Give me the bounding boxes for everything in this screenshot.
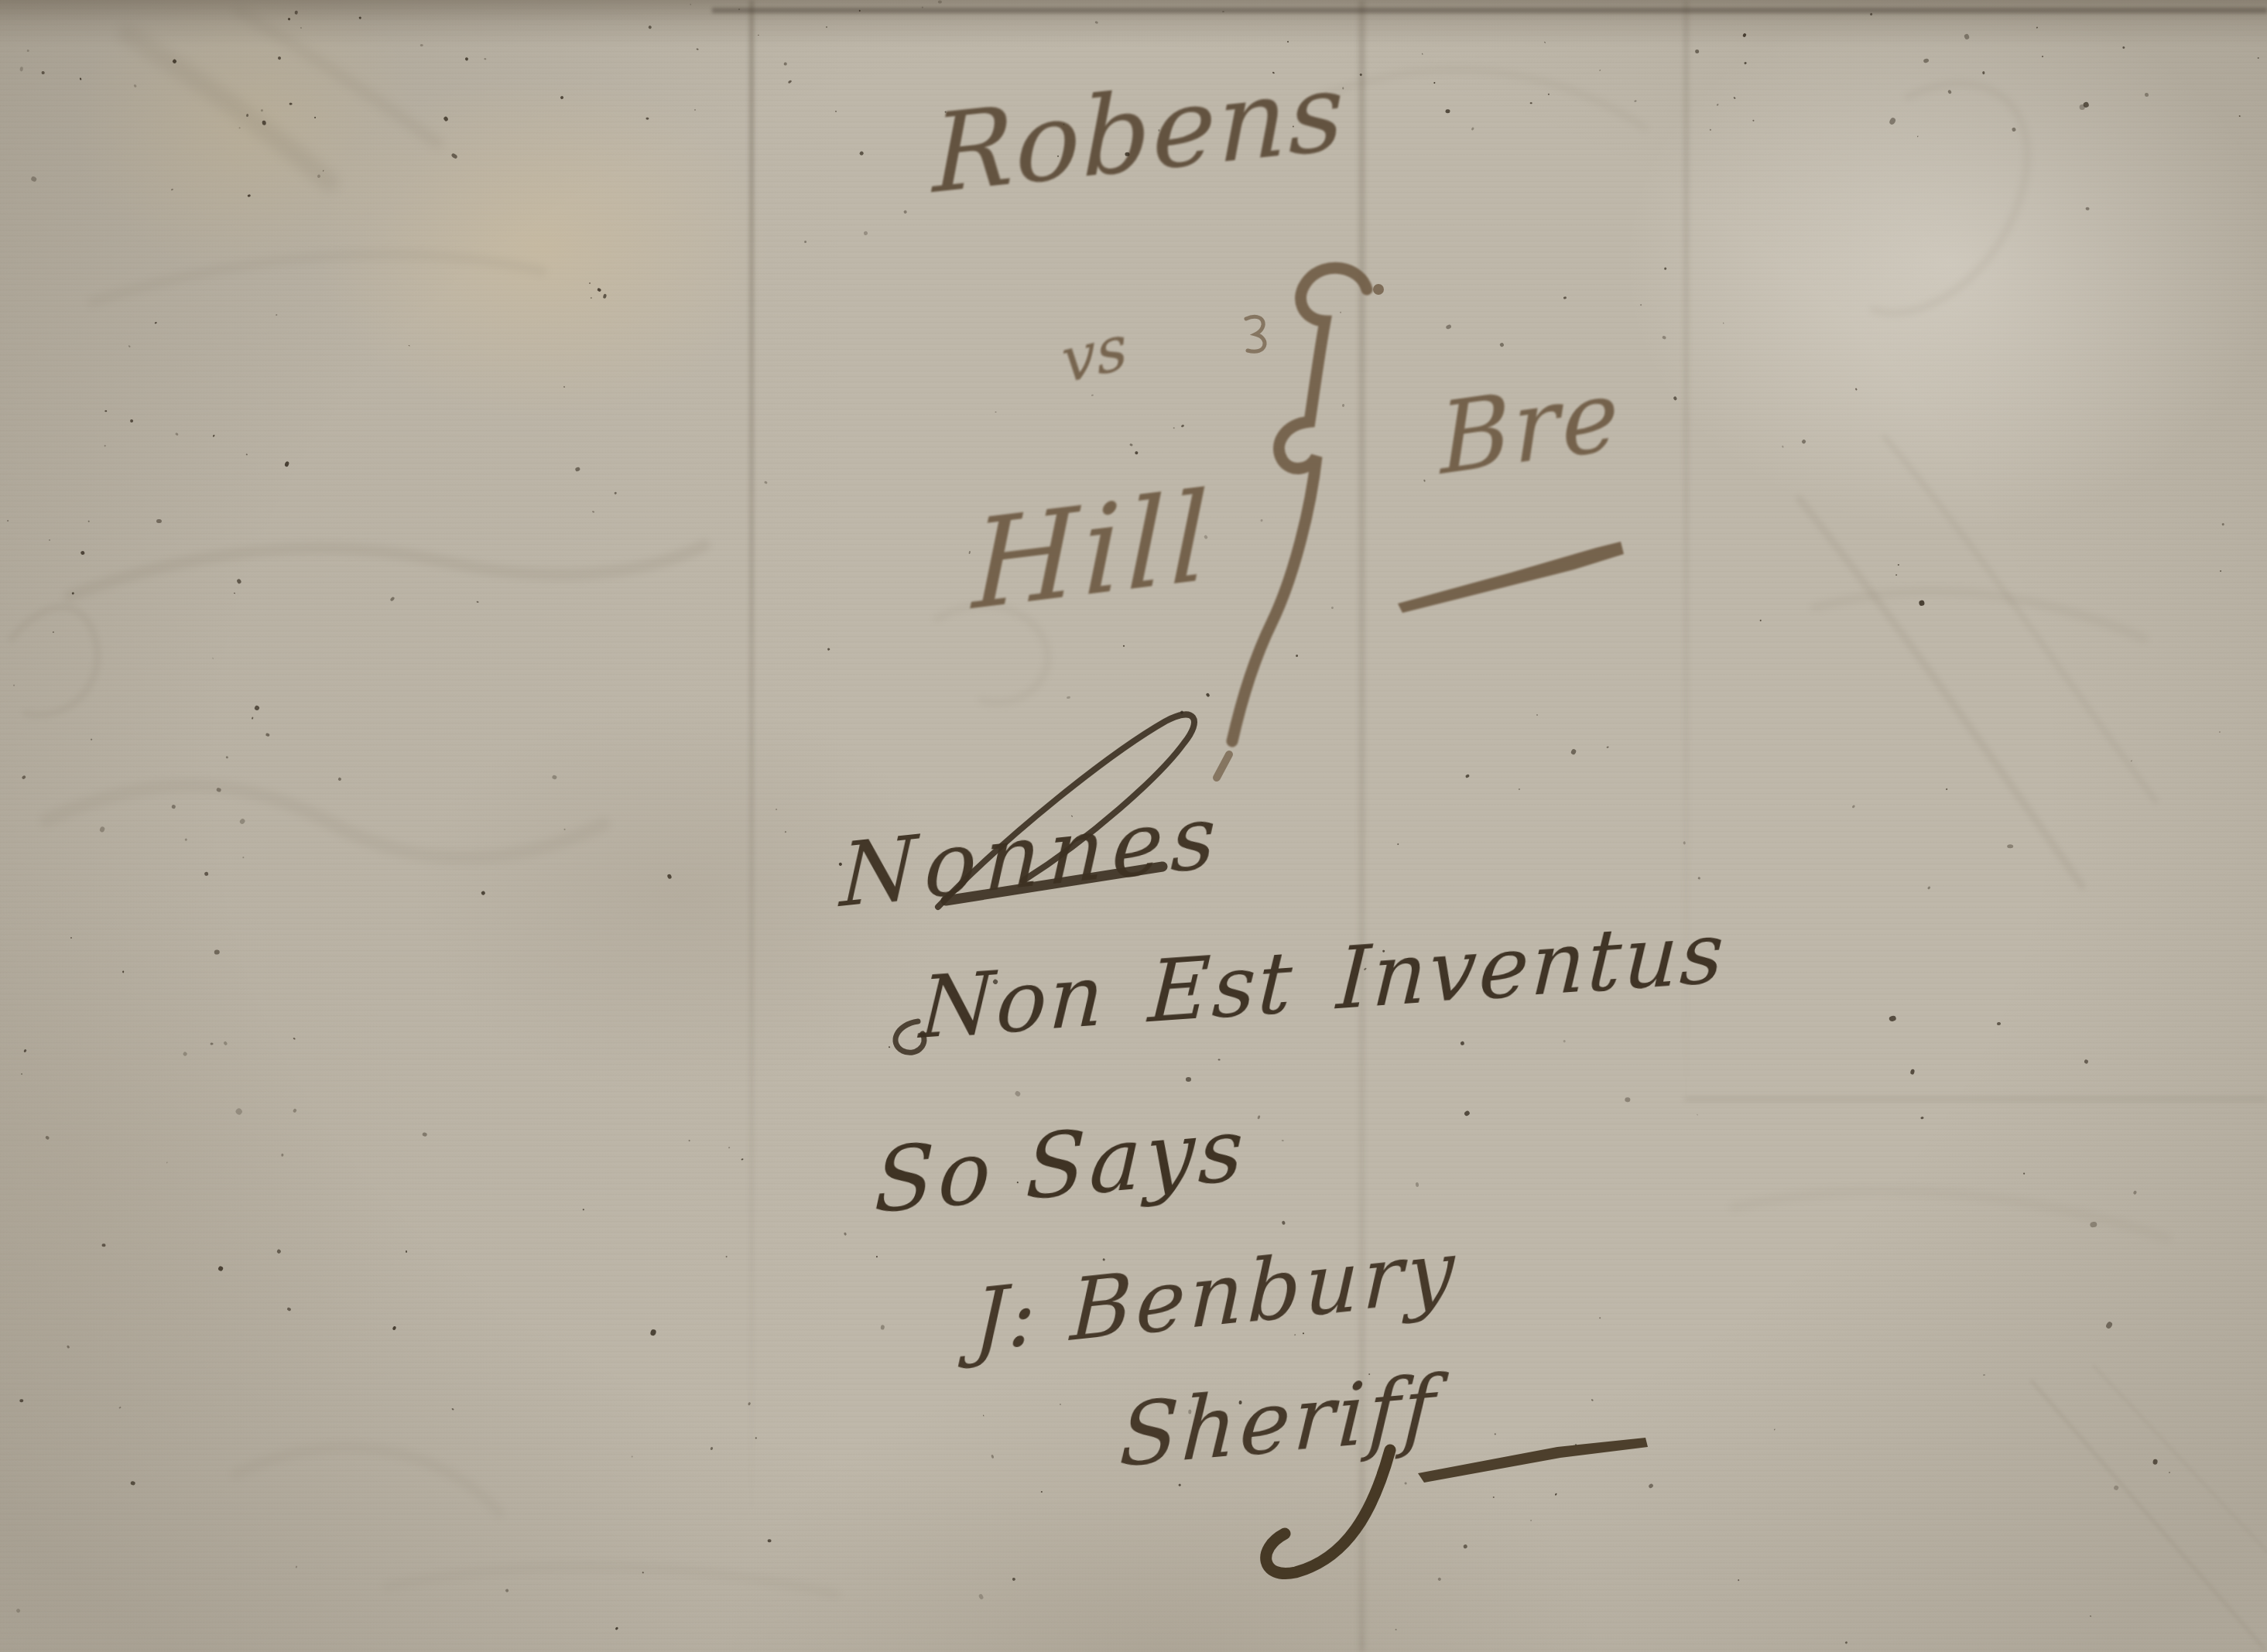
ink-speck (122, 971, 125, 973)
ink-speck (1923, 58, 1929, 63)
ghost-stroke (236, 1448, 499, 1513)
ink-speck (317, 174, 321, 179)
ink-speck (293, 1038, 295, 1040)
ink-speck (1342, 404, 1345, 407)
ink-speck (21, 1073, 22, 1075)
so-says-line: So Says (873, 1105, 1248, 1226)
ink-speck (88, 521, 90, 522)
ink-speck (22, 775, 26, 779)
ghost-stroke (46, 785, 604, 857)
ink-speck (1889, 117, 1896, 125)
ink-speck (1895, 574, 1898, 576)
ink-speck (995, 412, 997, 412)
ghost-stroke (240, 12, 437, 143)
ink-speck (2079, 104, 2085, 110)
ink-speck (246, 114, 249, 118)
ink-speck (1340, 312, 1341, 313)
ink-speck (1463, 1544, 1467, 1548)
ink-speck (27, 50, 29, 52)
ink-speck (252, 717, 254, 720)
ink-speck (938, 1, 942, 4)
ink-speck (1697, 1114, 1698, 1116)
ink-speck (1927, 886, 1931, 890)
ink-speck (804, 241, 807, 244)
ink-speck (642, 1572, 644, 1574)
ink-speck (1422, 53, 1423, 55)
ink-speck (166, 1162, 168, 1164)
ink-speck (1917, 136, 1919, 138)
top-fold-shadow (0, 0, 2267, 46)
ink-speck (1186, 1077, 1191, 1082)
flourish-ink-dot (1373, 284, 1384, 295)
ink-speck (968, 551, 971, 554)
ink-speck (978, 1593, 985, 1599)
ink-speck (1180, 711, 1183, 714)
ghost-stroke (2094, 1366, 2267, 1551)
ink-speck (130, 1481, 135, 1486)
ink-speck (296, 1566, 298, 1568)
ink-speck (1433, 81, 1435, 84)
ink-speck (1041, 1491, 1043, 1493)
ink-speck (212, 658, 214, 659)
ink-speck (881, 1325, 885, 1330)
ink-speck (1673, 396, 1678, 401)
ink-speck (785, 831, 787, 833)
ink-speck (314, 117, 317, 119)
ink-speck (592, 511, 595, 513)
ink-speck (1397, 843, 1399, 845)
ink-speck (295, 11, 298, 15)
ink-speck (776, 809, 778, 811)
ink-speck (102, 1243, 106, 1247)
ink-speck (2105, 1321, 2114, 1329)
ink-speck (485, 58, 487, 60)
ink-speck (133, 84, 137, 87)
ink-speck (1870, 13, 1873, 15)
ink-speck (91, 739, 92, 740)
ink-speck (991, 1455, 994, 1459)
ink-speck (1465, 775, 1470, 778)
ink-speck (1710, 128, 1712, 131)
ink-speck (392, 1326, 396, 1331)
ink-speck (696, 48, 698, 50)
ink-speck (710, 1447, 713, 1451)
ink-speck (2131, 761, 2132, 762)
ink-speck (1094, 21, 1098, 24)
ink-speck (2122, 46, 2125, 49)
ink-speck (1445, 324, 1452, 330)
ink-speck (889, 1046, 890, 1048)
ink-speck (650, 1329, 656, 1336)
ink-speck (1801, 439, 1806, 444)
ink-speck (1774, 1429, 1776, 1431)
ink-speck (235, 1107, 243, 1116)
ink-speck (183, 1052, 187, 1056)
ink-speck (2113, 1485, 2119, 1491)
ink-speck (45, 1135, 50, 1140)
ink-speck (217, 1266, 224, 1272)
ghost-stroke (387, 1567, 836, 1594)
ink-speck (80, 78, 82, 80)
ink-speck (1570, 748, 1577, 755)
ink-speck (2169, 1472, 2170, 1473)
ink-speck (1091, 395, 1094, 397)
ink-speck (154, 322, 156, 324)
ink-speck (223, 1041, 228, 1046)
ink-speck (1742, 32, 1747, 37)
ink-speck (237, 578, 242, 584)
ink-speck (1173, 427, 1175, 429)
ink-speck (1920, 1117, 1923, 1120)
ink-speck (1889, 1015, 1896, 1022)
ink-speck (210, 1042, 213, 1045)
ghost-stroke (2032, 1381, 2264, 1648)
ink-speck (1851, 805, 1855, 809)
ink-speck (1717, 103, 1719, 105)
ink-speck (323, 170, 324, 172)
ink-speck (238, 127, 241, 129)
ink-speck (1331, 607, 1334, 609)
ink-speck (80, 550, 85, 556)
fold-crease-horizontal (1684, 1097, 2267, 1101)
ink-speck (1405, 1483, 1407, 1485)
ink-speck (276, 314, 277, 316)
ink-speck (667, 874, 672, 879)
ink-speck (477, 601, 479, 604)
ink-speck (1575, 1444, 1577, 1446)
ink-speck (358, 17, 361, 20)
ink-speck (1461, 1041, 1465, 1045)
ghost-stroke (1800, 499, 2082, 886)
ink-speck (1648, 1483, 1654, 1489)
ink-speck (104, 445, 106, 446)
ink-speck (443, 116, 449, 121)
ink-speck (23, 1049, 27, 1053)
ghost-stroke (93, 255, 542, 302)
ink-speck (1983, 1374, 1985, 1376)
ink-speck (1844, 1640, 1848, 1643)
ink-speck (590, 297, 592, 299)
ink-speck (234, 593, 235, 594)
ink-speck (42, 71, 45, 74)
ink-speck (1530, 102, 1532, 104)
ink-speck (409, 345, 410, 347)
ink-speck (451, 1408, 454, 1411)
ink-speck (2090, 1221, 2097, 1228)
ink-speck (2085, 207, 2090, 210)
ink-speck (1282, 1140, 1284, 1142)
ink-speck (71, 592, 74, 595)
ink-speck (844, 1232, 847, 1236)
ink-speck (1134, 450, 1139, 454)
ink-speck (602, 293, 607, 299)
ghost-stroke (1815, 591, 2144, 638)
ink-speck (420, 44, 423, 46)
ink-speck (1495, 1434, 1496, 1435)
sheriff-title-handwriting: Sheriff (1118, 1365, 1440, 1479)
ink-speck (764, 481, 768, 484)
ink-speck (903, 210, 907, 214)
ink-speck (826, 26, 827, 28)
ink-speck (19, 67, 23, 71)
ink-speck (748, 1402, 751, 1406)
ink-speck (575, 467, 580, 472)
ink-speck (1664, 267, 1667, 270)
ink-speck (128, 345, 131, 347)
ink-speck (70, 937, 72, 939)
versus-abbreviation: vs (1059, 315, 1130, 393)
ink-speck (1733, 97, 1736, 100)
ink-speck (300, 27, 302, 29)
ink-speck (1181, 424, 1185, 427)
ink-speck (768, 1539, 772, 1542)
ink-speck (20, 1399, 24, 1402)
ink-speck (1760, 620, 1762, 621)
ink-speck (728, 1147, 730, 1149)
ink-speck (2007, 844, 2013, 848)
ink-speck (49, 539, 50, 541)
ink-speck (1909, 1069, 1915, 1075)
ink-speck (30, 176, 37, 183)
ink-speck (2133, 1190, 2138, 1195)
ink-speck (694, 109, 696, 111)
ink-speck (646, 117, 649, 119)
ink-speck (1287, 41, 1289, 43)
ink-speck (2220, 570, 2222, 573)
ink-speck (1599, 70, 1601, 71)
ink-speck (389, 596, 395, 601)
ink-speck (583, 1209, 584, 1210)
ink-speck (1625, 1097, 1631, 1102)
ink-speck (827, 648, 830, 651)
bre-underline-stroke (1398, 542, 1624, 613)
ink-speck (1530, 1520, 1532, 1522)
ink-speck (1499, 342, 1505, 348)
ink-speck (1519, 788, 1521, 790)
ink-speck (690, 4, 690, 5)
struck-out-word: Nonnes (839, 792, 1225, 920)
ink-speck (2042, 56, 2043, 58)
ghost-stroke (12, 607, 98, 715)
ink-speck (614, 492, 617, 495)
ink-speck (1683, 841, 1685, 844)
ink-speck (2011, 127, 2016, 132)
ink-speck (2152, 1459, 2158, 1465)
ink-speck (1563, 1040, 1566, 1043)
ink-speck (1544, 42, 1546, 43)
ink-speck (226, 756, 229, 758)
top-fold-line (712, 8, 2267, 13)
ink-speck (212, 435, 214, 437)
writ-abbreviation: Bre (1438, 365, 1623, 489)
ink-speck (130, 419, 134, 423)
ink-speck (175, 433, 179, 436)
ink-speck (2219, 731, 2221, 734)
ink-speck (648, 25, 652, 29)
ink-speck (2023, 1173, 2025, 1175)
ink-speck (726, 1256, 728, 1257)
ink-speck (632, 1456, 633, 1458)
ink-speck (1635, 101, 1637, 102)
plaintiff-handwriting: Robens (933, 57, 1345, 210)
ink-speck (1206, 693, 1211, 697)
ink-speck (1697, 877, 1700, 880)
ink-speck (1296, 655, 1298, 657)
document-photo: Robens vs Hill Bre Nonnes Non Est Invent… (0, 0, 2267, 1652)
ink-speck (1129, 443, 1133, 446)
ink-speck (2239, 115, 2241, 117)
ink-speck (1982, 71, 1984, 74)
ink-speck (286, 1307, 291, 1311)
ink-speck (422, 1132, 427, 1137)
ink-speck (1123, 645, 1125, 647)
ghost-stroke (1734, 1191, 2167, 1238)
fold-crease-left (749, 0, 754, 1517)
judgment-flourish-stroke (1232, 268, 1367, 741)
ghost-stroke (1885, 437, 2156, 801)
ink-speck (156, 519, 162, 524)
ink-speck (247, 194, 251, 197)
ink-speck (172, 59, 177, 64)
ink-speck (1947, 90, 1952, 94)
ink-speck (1445, 109, 1450, 113)
ink-speck (1416, 1182, 1419, 1188)
ink-speck (689, 1140, 690, 1141)
ink-speck (1493, 1496, 1495, 1498)
ink-speck (261, 109, 264, 111)
ink-speck (835, 111, 837, 112)
ink-speck (99, 826, 105, 833)
ink-speck (1548, 94, 1550, 96)
ink-speck (66, 1345, 70, 1349)
ink-speck (615, 1626, 618, 1630)
ink-speck (13, 685, 15, 686)
ink-speck (1997, 1022, 2001, 1025)
ink-speck (278, 56, 281, 60)
ink-speck (983, 1415, 985, 1417)
ink-speck (2090, 1616, 2091, 1617)
ghost-stroke (128, 35, 329, 182)
ink-speck (262, 120, 266, 125)
judgment-flourish-tail (1217, 754, 1229, 778)
ink-speck (589, 282, 591, 285)
ink-speck (1898, 564, 1900, 566)
ink-speck (1563, 296, 1567, 299)
ink-speck (53, 631, 55, 633)
ink-speck (2083, 101, 2090, 108)
ink-speck (876, 1256, 878, 1258)
ink-speck (1946, 788, 1948, 791)
ink-speck (337, 777, 341, 781)
ink-speck (1964, 33, 1970, 39)
ink-speck (755, 1437, 757, 1438)
ink-speck (1359, 73, 1362, 76)
ink-speck (450, 152, 457, 159)
ink-speck (1738, 1579, 1739, 1582)
non-est-inventus-line: Non Est Inventus (918, 909, 1728, 1050)
ink-speck (287, 18, 290, 21)
ghost-stroke (1320, 70, 1645, 128)
ink-speck (552, 775, 557, 780)
ghost-stroke (1873, 84, 2027, 313)
ink-speck (1782, 445, 1784, 447)
sheriff-trailing-stroke (1418, 1438, 1648, 1483)
ink-speck (276, 1249, 282, 1254)
ink-speck (1919, 600, 1925, 606)
ink-speck (741, 1158, 743, 1161)
defendant-handwriting: Hill (971, 475, 1214, 628)
ink-speck (1536, 714, 1538, 716)
ink-speck (216, 788, 221, 793)
ink-speck (859, 151, 865, 156)
ink-speck (1178, 1484, 1181, 1487)
ink-speck (1067, 696, 1070, 699)
ink-speck (1014, 1090, 1021, 1097)
ink-speck (2145, 93, 2149, 97)
superscript-mark (1246, 316, 1265, 351)
ink-speck (1855, 388, 1858, 391)
ink-speck (281, 1154, 283, 1157)
ink-speck (1471, 126, 1474, 131)
ink-speck (784, 63, 787, 66)
ink-speck (2258, 57, 2259, 59)
ink-speck (481, 891, 486, 895)
ink-speck (7, 520, 9, 522)
ink-speck (1012, 1578, 1016, 1582)
sheriff-signature: J: Benbury (972, 1227, 1460, 1363)
ink-speck (560, 95, 564, 100)
ink-speck (1640, 303, 1642, 306)
ink-speck (2036, 26, 2039, 29)
ink-speck (15, 1608, 21, 1613)
ink-speck (758, 35, 759, 36)
ink-speck (1261, 519, 1263, 522)
ink-speck (242, 857, 245, 859)
ink-speck (1423, 479, 1426, 481)
ink-speck (105, 410, 108, 412)
ink-speck (254, 705, 260, 711)
ink-speck (204, 871, 209, 876)
ink-speck (238, 818, 245, 825)
ink-speck (1744, 62, 1747, 65)
ink-speck (1257, 1115, 1261, 1120)
ink-speck (863, 231, 868, 235)
ink-speck (289, 102, 293, 105)
ink-speck (293, 1108, 297, 1113)
ink-speck (406, 1250, 407, 1253)
ink-speck (505, 1589, 509, 1592)
ink-speck (265, 733, 270, 737)
ink-speck (564, 829, 566, 830)
ink-speck (1607, 747, 1609, 748)
ink-speck (184, 839, 187, 842)
ink-speck (1464, 1110, 1471, 1117)
ink-speck (1555, 1493, 1557, 1495)
ink-speck (2084, 1059, 2088, 1064)
ink-speck (464, 56, 468, 60)
ink-speck (597, 288, 601, 292)
ink-speck (1662, 336, 1666, 340)
ink-speck (1591, 1399, 1594, 1402)
ink-speck (1060, 1404, 1061, 1406)
ink-speck (563, 386, 566, 388)
ink-speck (1723, 323, 1724, 324)
ink-speck (1281, 1220, 1286, 1225)
ghost-stroke (70, 546, 704, 596)
ink-speck (1752, 119, 1754, 121)
ink-speck (2222, 523, 2224, 525)
ink-speck (1395, 1629, 1397, 1630)
